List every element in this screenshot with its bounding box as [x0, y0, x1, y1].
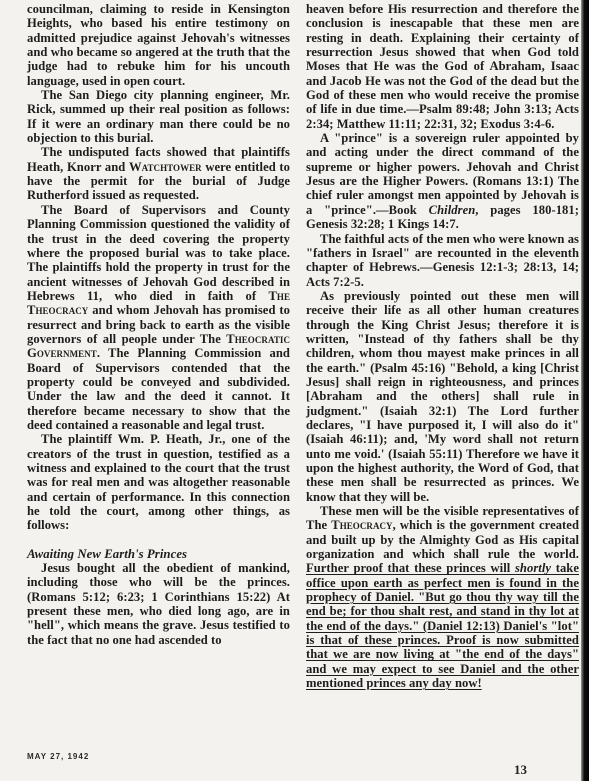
- book-title: Children: [429, 203, 476, 217]
- paragraph: councilman, claiming to reside in Kensin…: [27, 2, 290, 88]
- text: The plaintiff Wm. P. Heath, Jr., one of …: [27, 432, 290, 532]
- paragraph: As previously pointed out these men will…: [306, 289, 579, 504]
- text: Further proof that these princes will: [306, 561, 515, 575]
- left-column: councilman, claiming to reside in Kensin…: [27, 2, 290, 647]
- text: Jesus bought all the obedient of mankind…: [27, 561, 290, 647]
- paragraph: heaven before His resurrection and there…: [306, 2, 579, 131]
- text: heaven before His resurrection and there…: [306, 2, 579, 131]
- emphasis: shortly: [515, 561, 551, 575]
- text: As previously pointed out these men will…: [306, 289, 579, 504]
- paragraph: The faithful acts of the men who were kn…: [306, 232, 579, 289]
- text: The faithful acts of the men who were kn…: [306, 232, 579, 289]
- paragraph: A "prince" is a sovereign ruler appointe…: [306, 131, 579, 231]
- small-caps-text: Watchtower: [129, 160, 202, 174]
- paragraph: These men will be the visible representa…: [306, 504, 579, 690]
- paragraph: The Board of Supervisors and County Plan…: [27, 203, 290, 433]
- magazine-page: councilman, claiming to reside in Kensin…: [0, 0, 581, 781]
- section-heading: Awaiting New Earth's Princes: [27, 547, 290, 561]
- page-number: 13: [514, 762, 527, 778]
- paragraph: The San Diego city planning engineer, Mr…: [27, 88, 290, 145]
- right-column: heaven before His resurrection and there…: [306, 2, 579, 691]
- underlined-passage: Further proof that these princes will sh…: [306, 561, 579, 690]
- text: The San Diego city planning engineer, Mr…: [27, 88, 290, 145]
- footer-date: MAY 27, 1942: [27, 752, 89, 761]
- small-caps-text: Theocracy: [331, 518, 392, 532]
- text: councilman, claiming to reside in Kensin…: [27, 2, 290, 88]
- text: take office upon earth as perfect men is…: [306, 561, 579, 690]
- page-edge-shadow: [581, 0, 589, 781]
- paragraph: Jesus bought all the obedient of mankind…: [27, 561, 290, 647]
- text: The Board of Supervisors and County Plan…: [27, 203, 290, 303]
- paragraph: The plaintiff Wm. P. Heath, Jr., one of …: [27, 432, 290, 532]
- paragraph: The undisputed facts showed that plainti…: [27, 145, 290, 202]
